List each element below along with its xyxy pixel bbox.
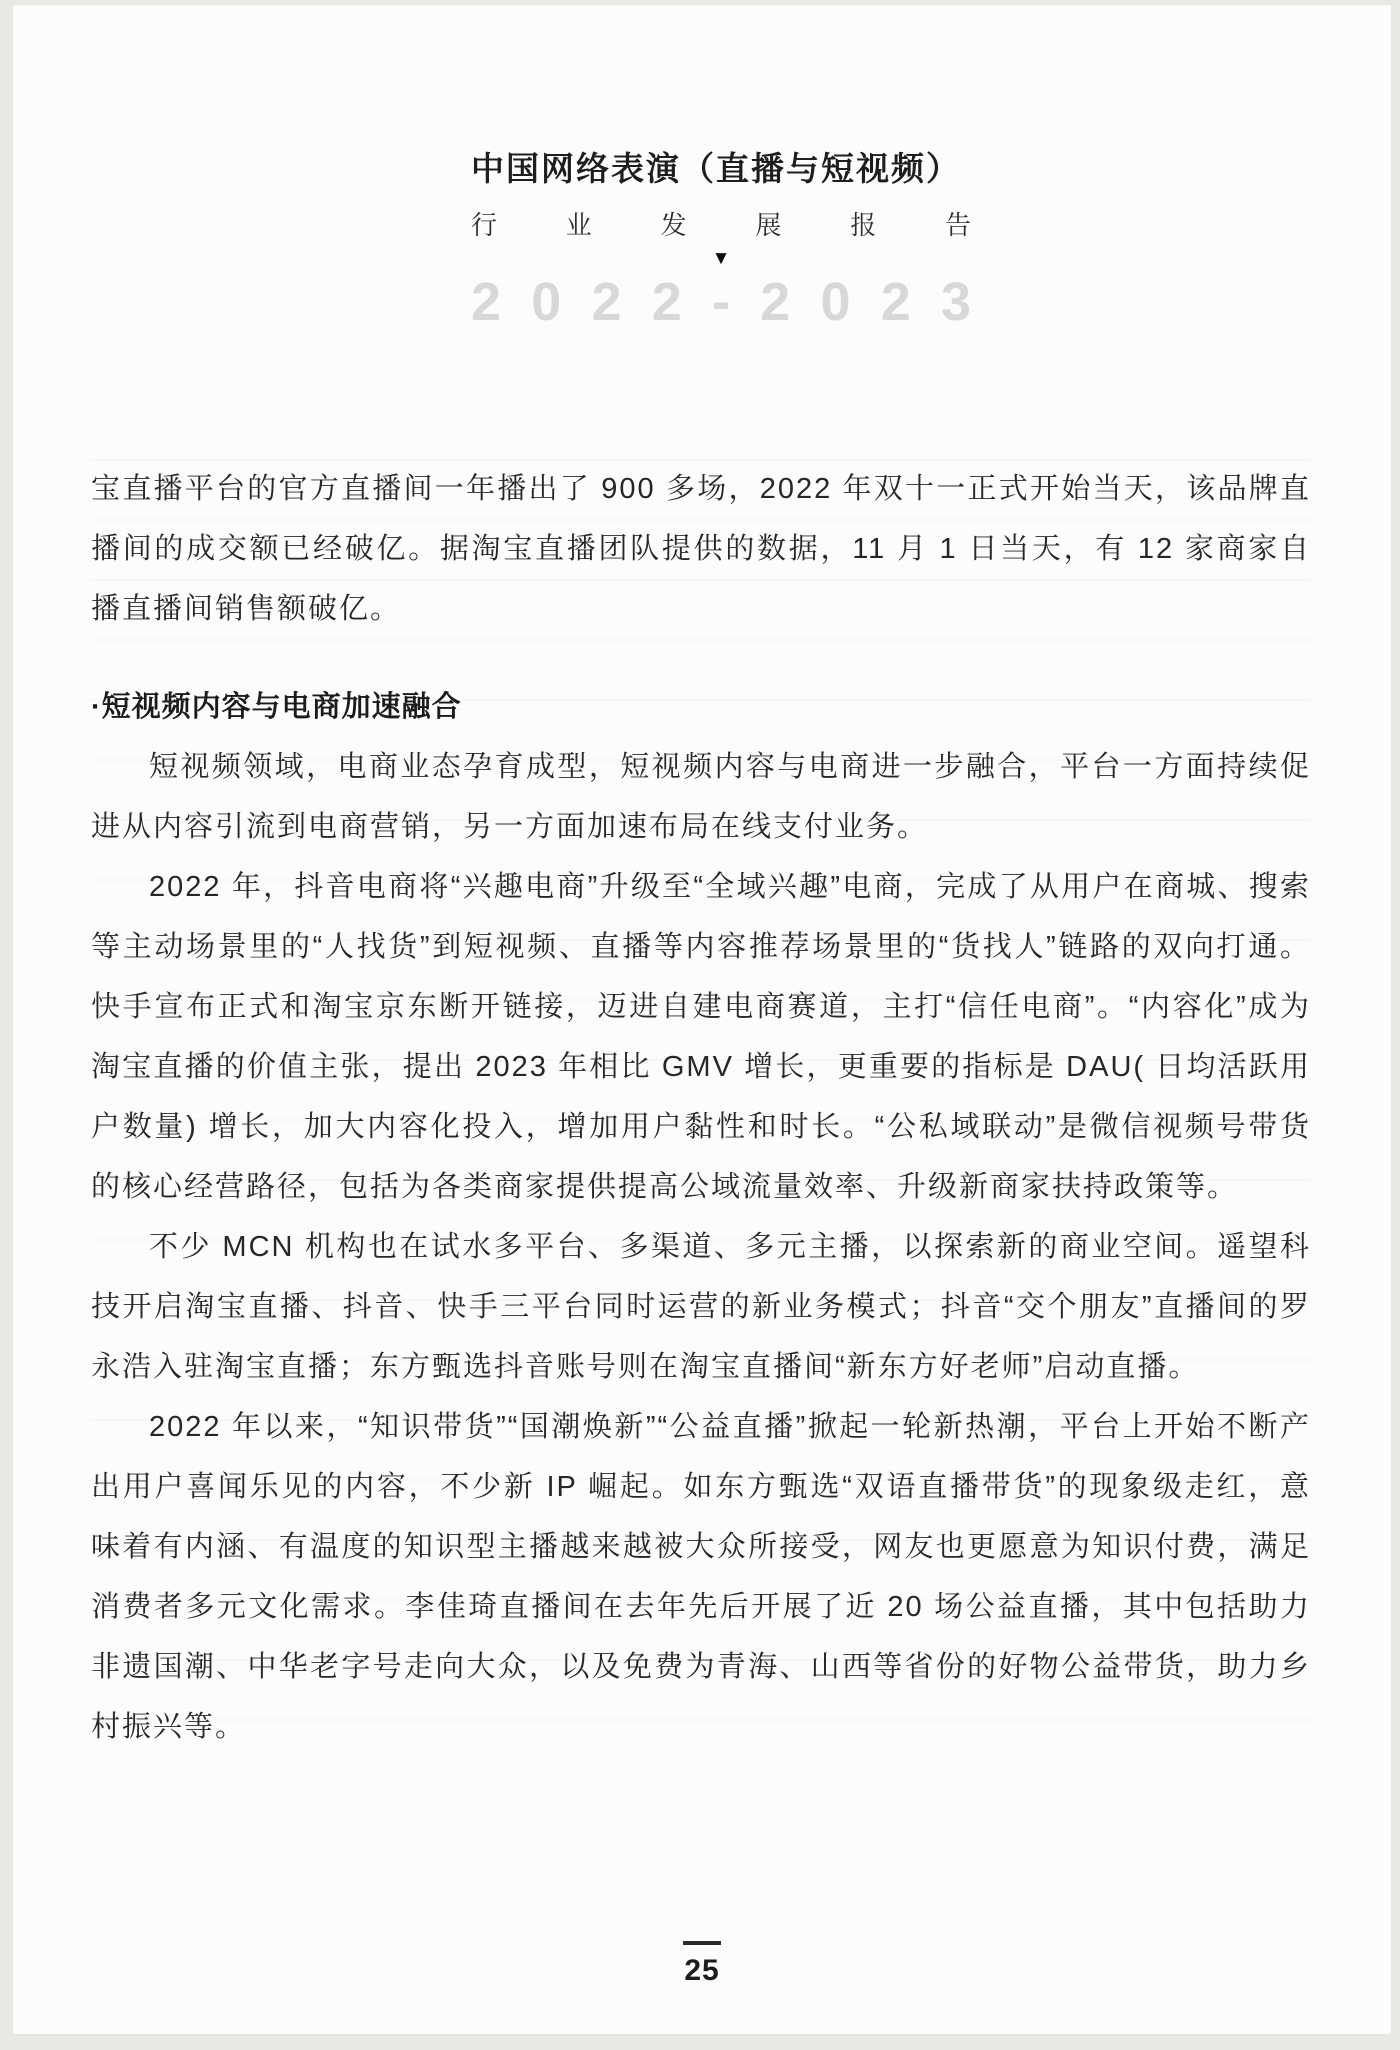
body-paragraph: 不少 MCN 机构也在试水多平台、多渠道、多元主播，以探索新的商业空间。遥望科技… <box>91 1217 1311 1397</box>
edition-char: - <box>712 275 730 329</box>
report-header: 中国网络表演（直播与短视频） 行业发展报告 ▼ 2022-2023 <box>471 143 971 329</box>
body-text: 宝直播平台的官方直播间一年播出了 900 多场，2022 年双十一正式开始当天，… <box>91 459 1311 1757</box>
subtitle-char: 发 <box>661 205 687 242</box>
edition-char: 2 <box>592 275 622 329</box>
page-footer: 25 <box>13 1941 1391 1988</box>
document-page: 中国网络表演（直播与短视频） 行业发展报告 ▼ 2022-2023 宝直播平台的… <box>13 5 1391 2034</box>
edition-char: 2 <box>471 275 501 329</box>
subtitle-char: 报 <box>850 205 876 242</box>
edition-char: 2 <box>881 275 911 329</box>
body-paragraph: 2022 年以来，“知识带货”“国潮焕新”“公益直播”掀起一轮新热潮，平台上开始… <box>91 1397 1311 1757</box>
edition-char: 3 <box>941 275 971 329</box>
subtitle-char: 展 <box>755 205 781 242</box>
triangle-down-icon: ▼ <box>471 249 971 268</box>
body-paragraph: 宝直播平台的官方直播间一年播出了 900 多场，2022 年双十一正式开始当天，… <box>91 459 1311 639</box>
body-paragraph: 短视频领域，电商业态孕育成型，短视频内容与电商进一步融合，平台一方面持续促进从内… <box>91 737 1311 857</box>
edition-char: 0 <box>820 275 850 329</box>
report-subtitle: 行业发展报告 <box>471 205 971 242</box>
edition-char: 2 <box>760 275 790 329</box>
footer-rule <box>683 1941 721 1945</box>
report-edition-years: 2022-2023 <box>471 275 971 329</box>
page-number: 25 <box>13 1954 1391 1988</box>
body-paragraph: 2022 年，抖音电商将“兴趣电商”升级至“全域兴趣”电商，完成了从用户在商城、… <box>91 857 1311 1217</box>
edition-char: 2 <box>652 275 682 329</box>
subtitle-char: 告 <box>945 205 971 242</box>
subtitle-char: 业 <box>566 205 592 242</box>
report-title: 中国网络表演（直播与短视频） <box>471 143 971 190</box>
edition-char: 0 <box>531 275 561 329</box>
subtitle-char: 行 <box>471 205 497 242</box>
section-heading: ·短视频内容与电商加速融合 <box>91 677 1311 737</box>
screenshot-root: { "header": { "title": "中国网络表演（直播与短视频）",… <box>0 0 1400 2050</box>
